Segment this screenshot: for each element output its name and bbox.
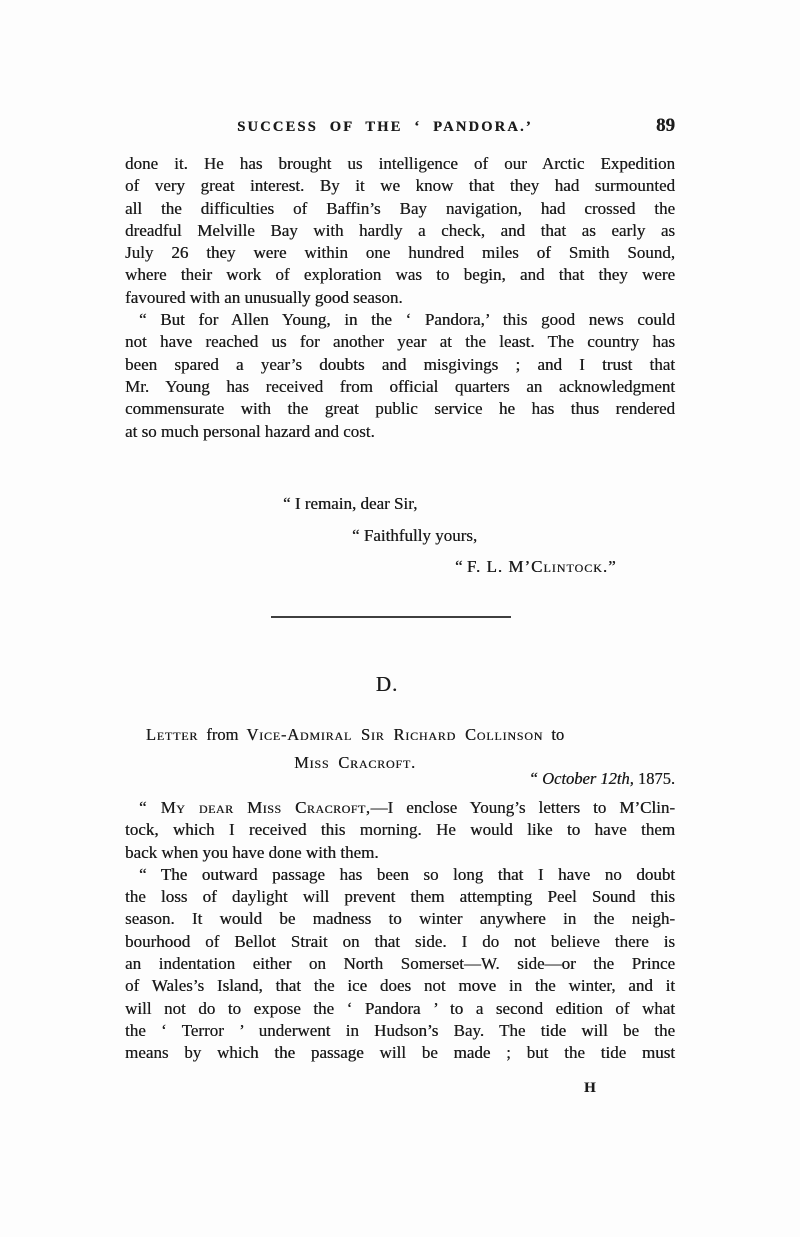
- text-line: Mr. Young has received from official qua…: [125, 376, 675, 398]
- text-line: where their work of exploration was to b…: [125, 264, 675, 286]
- quote-mark: “: [455, 557, 467, 576]
- text-line: means by which the passage will be made …: [125, 1042, 675, 1064]
- text-line: been spared a year’s doubts and misgivin…: [125, 354, 675, 376]
- text-line: all the difficulties of Baffin’s Bay nav…: [125, 198, 675, 220]
- text-line: commensurate with the great public servi…: [125, 398, 675, 420]
- text-line: at so much personal hazard and cost.: [125, 421, 675, 443]
- appendix-label: D.: [112, 672, 662, 697]
- running-title: SUCCESS OF THE ‘ PANDORA.’: [110, 119, 660, 136]
- running-header: SUCCESS OF THE ‘ PANDORA.’ 89: [125, 119, 675, 141]
- quote-mark: ”: [608, 557, 616, 576]
- text-line: of very great interest. By it we know th…: [125, 175, 675, 197]
- letter-heading: Letter from Vice-Admiral Sir Richard Col…: [80, 721, 630, 776]
- page-number: 89: [656, 115, 675, 137]
- heading-text: to: [543, 725, 564, 744]
- signature-name: F. L. M’Clintock.: [467, 557, 608, 576]
- heading-smallcaps: Vice-Admiral Sir Richard Collinson: [246, 725, 543, 744]
- appendix-letter-body: “ My dear Miss Cracroft,—I enclose Young…: [125, 797, 675, 1065]
- salutation-line: “ My dear Miss Cracroft,—I enclose Young…: [125, 797, 675, 819]
- text-line: July 26 they were within one hundred mil…: [125, 242, 675, 264]
- text-line: “ The outward passage has been so long t…: [125, 864, 675, 886]
- text-line: “ But for Allen Young, in the ‘ Pandora,…: [125, 309, 675, 331]
- heading-smallcaps: Letter: [146, 725, 198, 744]
- text-line: will not do to expose the ‘ Pandora ’ to…: [125, 998, 675, 1020]
- salutation-rest: —I enclose Young’s letters to M’Clin-: [370, 798, 675, 817]
- signature-line: “ F. L. M’Clintock.”: [455, 551, 675, 583]
- section-divider: [271, 616, 511, 618]
- text-line: of Wales’s Island, that the ice does not…: [125, 975, 675, 997]
- text-line: back when you have done with them.: [125, 842, 675, 864]
- text-line: tock, which I received this morning. He …: [125, 819, 675, 841]
- date-year: 1875.: [634, 769, 675, 788]
- heading-text: from: [198, 725, 246, 744]
- text-line: not have reached us for another year at …: [125, 331, 675, 353]
- text-line: dreadful Melville Bay with hardly a chec…: [125, 220, 675, 242]
- text-line: done it. He has brought us intelligence …: [125, 153, 675, 175]
- closing-line: “ Faithfully yours,: [352, 520, 675, 552]
- text-line: favoured with an unusually good season.: [125, 287, 675, 309]
- letter-heading-line1: Letter from Vice-Admiral Sir Richard Col…: [80, 721, 630, 749]
- text-line: bourhood of Bellot Strait on that side. …: [125, 931, 675, 953]
- printer-signature-mark: H: [584, 1080, 597, 1097]
- text-line: the loss of daylight will prevent them a…: [125, 886, 675, 908]
- text-line: an indentation either on North Somerset—…: [125, 953, 675, 975]
- main-letter-body: done it. He has brought us intelligence …: [125, 153, 675, 443]
- text-line: season. It would be madness to winter an…: [125, 908, 675, 930]
- date-italic: “ October 12th,: [529, 769, 634, 788]
- salutation-smallcaps: “ My dear Miss Cracroft,: [139, 798, 370, 817]
- letter-closing: “ I remain, dear Sir, “ Faithfully yours…: [125, 488, 675, 583]
- closing-line: “ I remain, dear Sir,: [283, 488, 675, 520]
- letter-date: “ October 12th, 1875.: [125, 769, 675, 789]
- text-line: the ‘ Terror ’ underwent in Hudson’s Bay…: [125, 1020, 675, 1042]
- book-page: SUCCESS OF THE ‘ PANDORA.’ 89 done it. H…: [0, 0, 800, 1237]
